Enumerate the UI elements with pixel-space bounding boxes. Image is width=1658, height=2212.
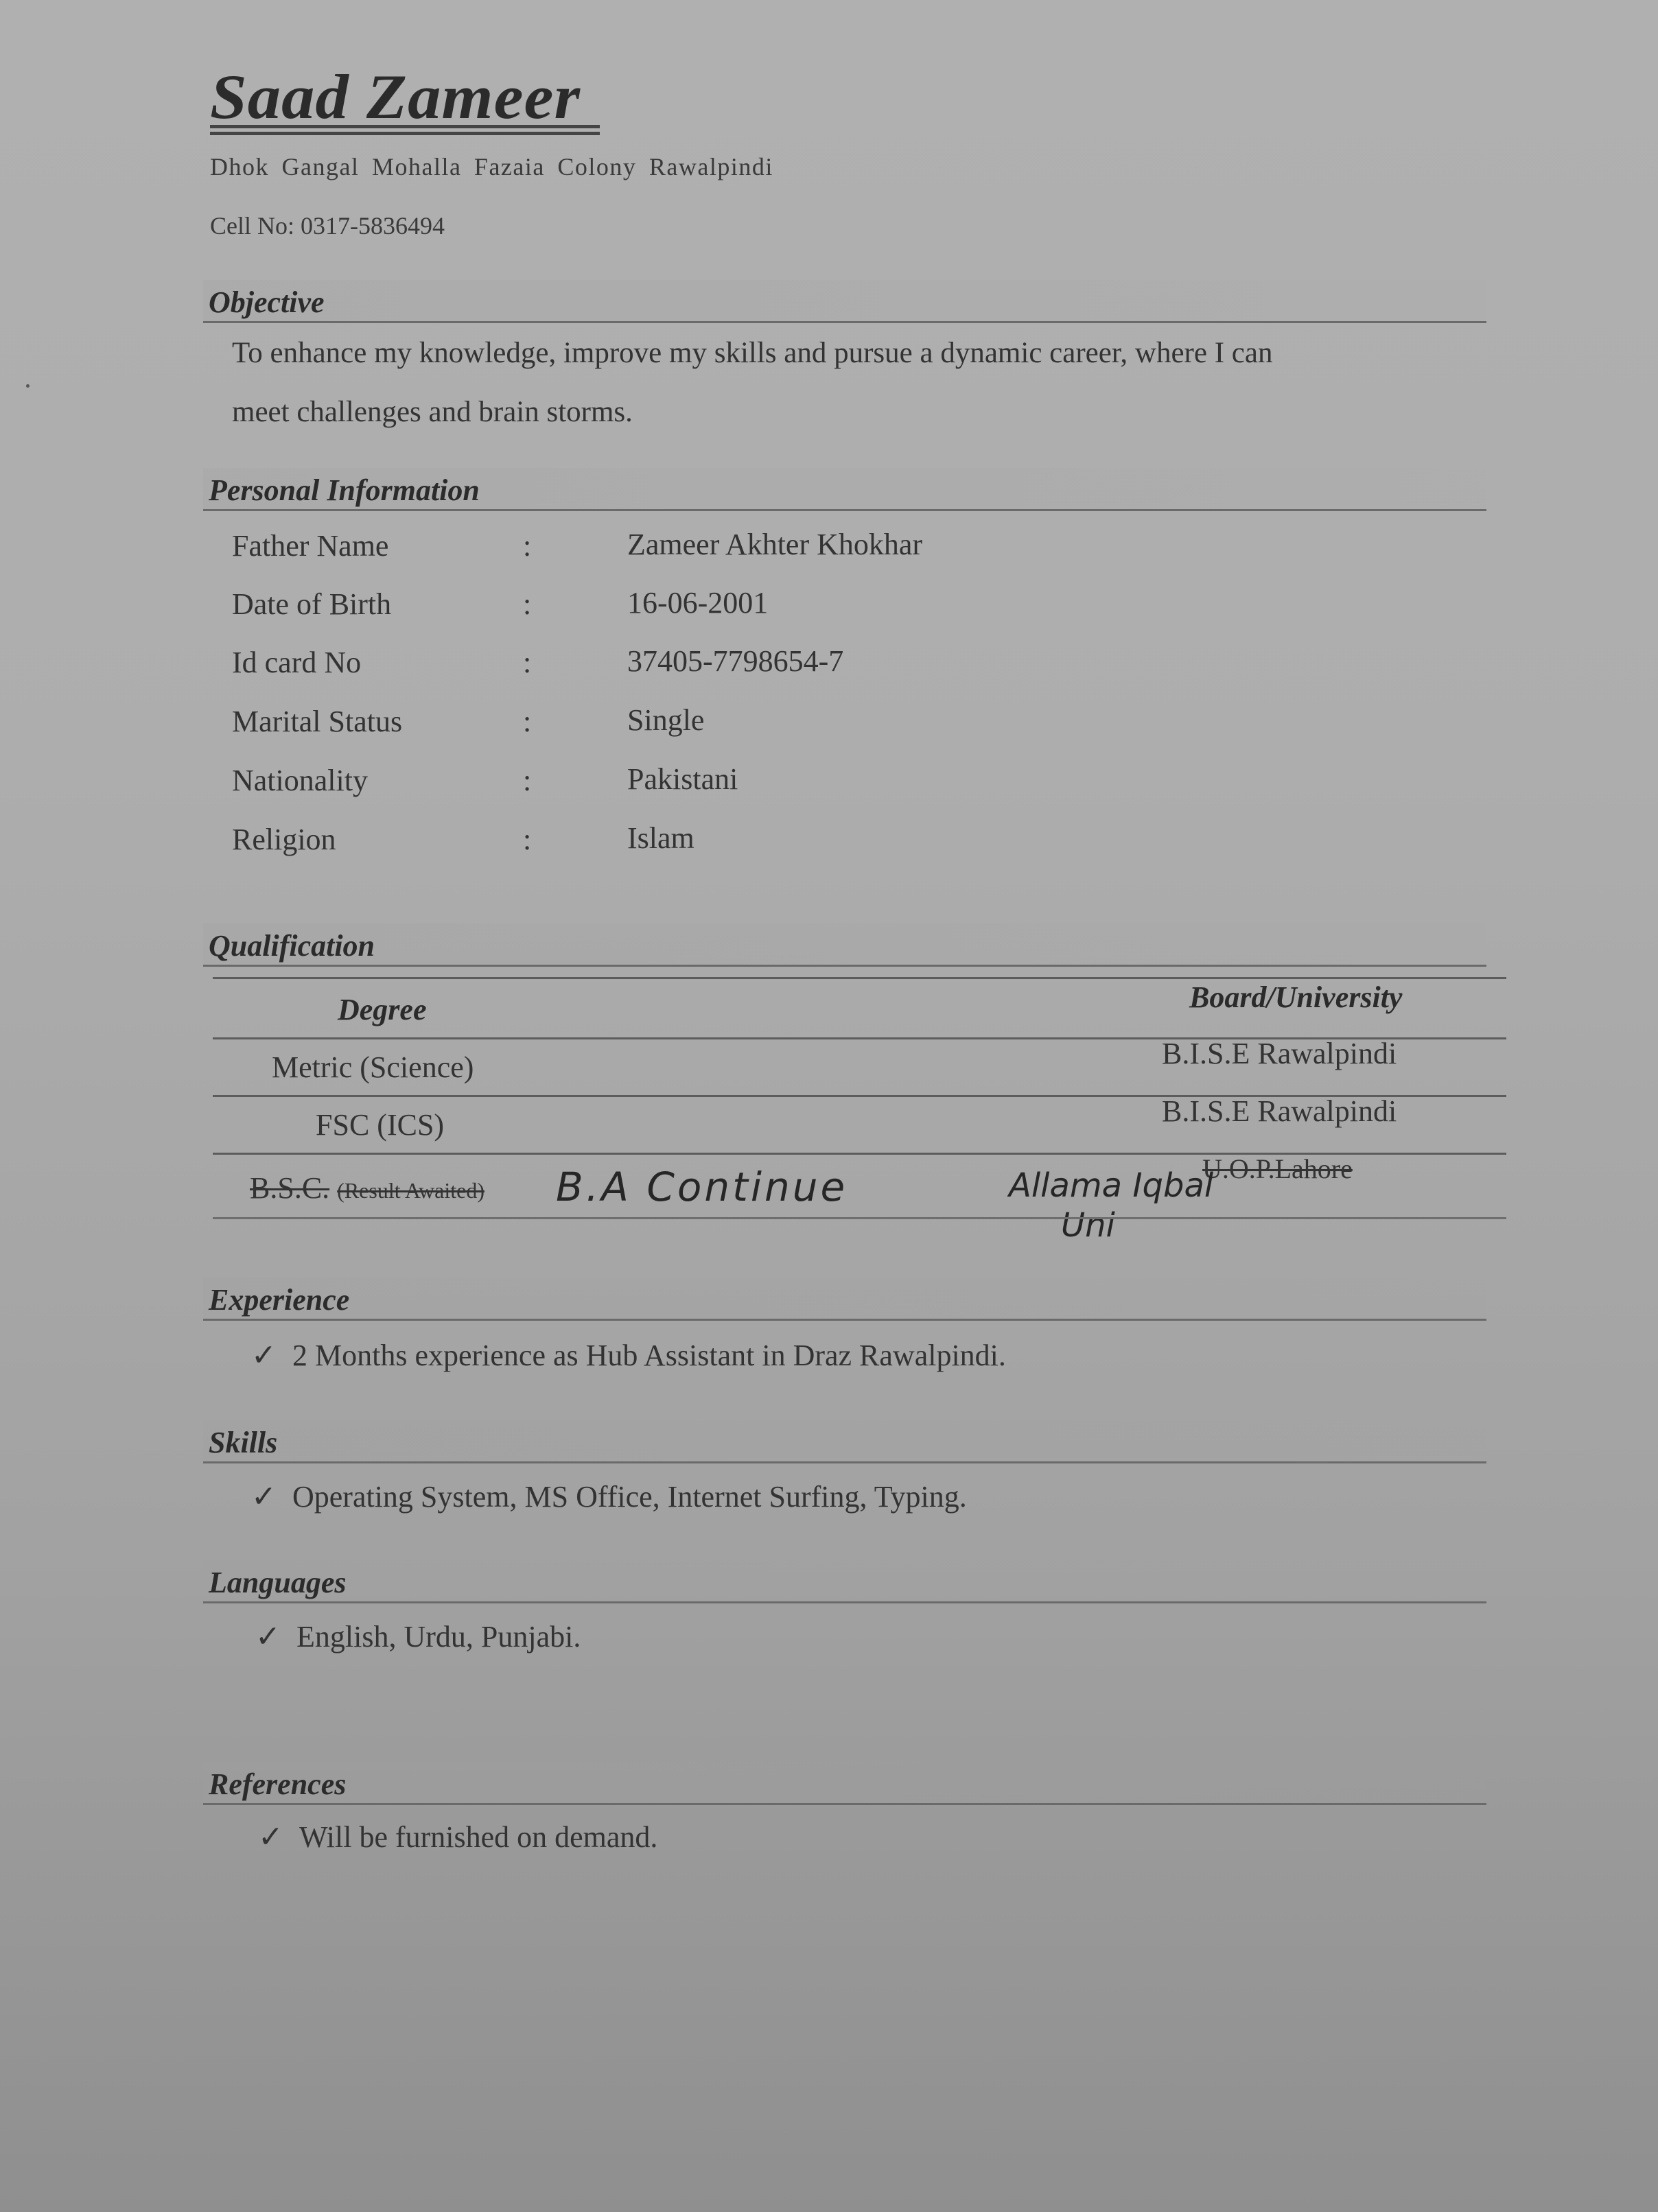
personal-info-label: Id card No	[232, 645, 361, 680]
section-languages: Languages	[203, 1560, 1486, 1603]
board-cell: B.I.S.E Rawalpindi	[1162, 1094, 1397, 1129]
personal-info-separator: :	[523, 587, 531, 622]
languages-text: English, Urdu, Punjabi.	[296, 1620, 581, 1654]
board-header: Board/University	[1189, 980, 1402, 1015]
section-title: Skills	[209, 1425, 277, 1460]
personal-info-separator: :	[523, 645, 531, 680]
handwritten-board-line-2: Uni	[1061, 1206, 1115, 1245]
personal-info-label: Father Name	[232, 528, 388, 563]
personal-info-value: 16-06-2001	[627, 585, 768, 620]
personal-info-separator: :	[523, 763, 531, 798]
personal-info-separator: :	[523, 822, 531, 857]
skills-item: ✓Operating System, MS Office, Internet S…	[251, 1479, 967, 1514]
degree-cell: Metric (Science)	[272, 1050, 474, 1085]
section-title: Qualification	[209, 928, 375, 963]
section-title: Personal Information	[209, 473, 480, 508]
struck-degree-note: (Result Awaited)	[337, 1178, 484, 1203]
handwritten-degree: B.A Continue	[556, 1164, 848, 1210]
degree-cell: FSC (ICS)	[316, 1107, 444, 1142]
experience-text: 2 Months experience as Hub Assistant in …	[292, 1339, 1006, 1372]
struck-board: U.O.P.Lahore	[1202, 1153, 1353, 1185]
objective-line-2: meet challenges and brain storms.	[232, 395, 633, 429]
check-icon: ✓	[251, 1338, 292, 1373]
cell-number: Cell No: 0317-5836494	[210, 211, 445, 240]
candidate-name: Saad Zameer	[210, 60, 581, 133]
personal-info-label: Date of Birth	[232, 587, 391, 622]
degree-header: Degree	[338, 992, 427, 1027]
experience-item: ✓2 Months experience as Hub Assistant in…	[251, 1338, 1006, 1373]
section-title: Objective	[209, 285, 325, 320]
section-references: References	[203, 1762, 1486, 1805]
handwritten-board-line-1: Allama Iqbal	[1009, 1166, 1213, 1205]
board-cell: B.I.S.E Rawalpindi	[1162, 1036, 1397, 1071]
check-icon: ✓	[255, 1619, 296, 1654]
personal-info-value: 37405-7798654-7	[627, 644, 843, 679]
check-icon: ✓	[258, 1820, 299, 1855]
section-skills: Skills	[203, 1420, 1486, 1463]
section-experience: Experience	[203, 1278, 1486, 1321]
personal-info-label: Marital Status	[232, 704, 402, 739]
struck-degree: B.S.C.	[250, 1171, 329, 1205]
personal-info-label: Nationality	[232, 763, 368, 798]
check-icon: ✓	[251, 1479, 292, 1514]
objective-line-1: To enhance my knowledge, improve my skil…	[232, 336, 1272, 370]
section-objective: Objective	[203, 280, 1486, 323]
table-rule	[213, 1217, 1506, 1219]
section-personal-information: Personal Information	[203, 468, 1486, 511]
name-underline-2	[210, 132, 600, 135]
address: Dhok Gangal Mohalla Fazaia Colony Rawalp…	[210, 152, 773, 181]
section-title: Languages	[209, 1565, 346, 1600]
personal-info-separator: :	[523, 528, 531, 563]
section-qualification: Qualification	[203, 923, 1486, 967]
skills-text: Operating System, MS Office, Internet Su…	[292, 1480, 967, 1514]
personal-info-value: Pakistani	[627, 762, 738, 797]
personal-info-value: Islam	[627, 821, 694, 856]
languages-item: ✓English, Urdu, Punjabi.	[255, 1619, 581, 1654]
degree-cell-struck: B.S.C. (Result Awaited)	[250, 1170, 484, 1205]
personal-info-value: Single	[627, 703, 704, 738]
personal-info-separator: :	[523, 704, 531, 739]
personal-info-label: Religion	[232, 822, 336, 857]
personal-info-value: Zameer Akhter Khokhar	[627, 527, 922, 562]
section-title: References	[209, 1767, 346, 1802]
table-rule	[213, 977, 1506, 979]
references-item: ✓Will be furnished on demand.	[258, 1820, 657, 1855]
references-text: Will be furnished on demand.	[299, 1820, 657, 1854]
paper-speck	[26, 384, 30, 388]
name-underline	[210, 125, 600, 128]
section-title: Experience	[209, 1282, 349, 1317]
resume-page: Saad Zameer Dhok Gangal Mohalla Fazaia C…	[0, 0, 1658, 2212]
